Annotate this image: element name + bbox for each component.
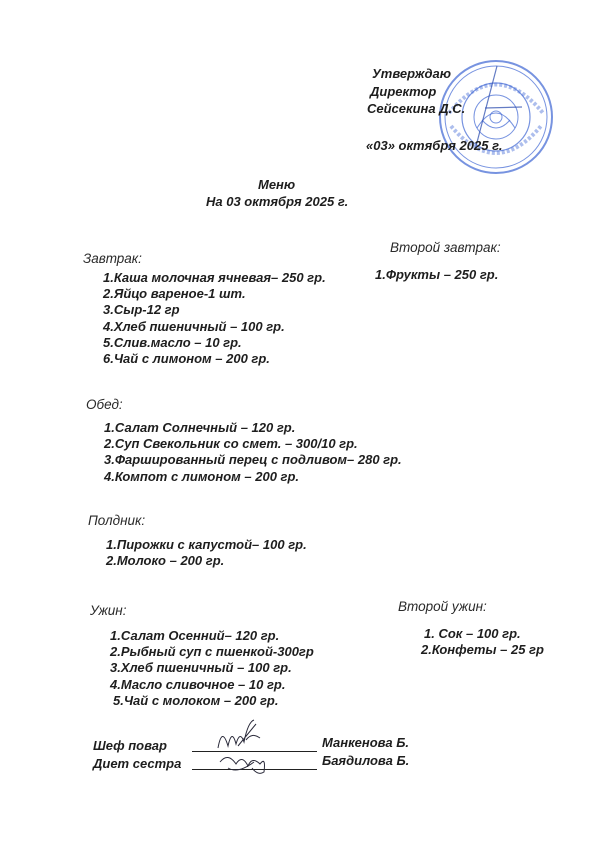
list-item: 3.Хлеб пшеничный – 100 гр. xyxy=(110,660,314,676)
signature-role-dietitian: Диет сестра xyxy=(93,756,181,771)
list-item: 5.Чай с молоком – 200 гр. xyxy=(110,693,314,709)
list-item: 6.Чай с лимоном – 200 гр. xyxy=(103,351,326,367)
breakfast-heading: Завтрак: xyxy=(83,251,142,266)
snack-list: 1.Пирожки с капустой– 100 гр. 2.Молоко –… xyxy=(106,537,307,569)
breakfast-list: 1.Каша молочная ячневая– 250 гр. 2.Яйцо … xyxy=(103,270,326,367)
list-item: 4.Хлеб пшеничный – 100 гр. xyxy=(103,319,326,335)
second-breakfast-list: 1.Фрукты – 250 гр. xyxy=(375,267,498,283)
approval-name: Сейсекина Д.С. xyxy=(367,101,465,116)
list-item: 2.Суп Свекольник со смет. – 300/10 гр. xyxy=(104,436,402,452)
official-stamp-icon xyxy=(437,58,555,176)
list-item: 1.Салат Солнечный – 120 гр. xyxy=(104,420,402,436)
signature-name-chef: Манкенова Б. xyxy=(322,735,409,750)
second-dinner-heading: Второй ужин: xyxy=(398,599,487,614)
handwritten-signature-icon xyxy=(208,718,278,780)
list-item: 4.Масло сливочное – 10 гр. xyxy=(110,677,314,693)
list-item: 2.Конфеты – 25 гр xyxy=(421,642,544,658)
list-item: 3.Фаршированный перец с подливом– 280 гр… xyxy=(104,452,402,468)
second-breakfast-heading: Второй завтрак: xyxy=(390,240,501,255)
list-item: 1. Сок – 100 гр. xyxy=(421,626,544,642)
list-item: 1.Салат Осенний– 120 гр. xyxy=(110,628,314,644)
snack-heading: Полдник: xyxy=(88,513,145,528)
list-item: 2.Рыбный суп с пшенкой-300гр xyxy=(110,644,314,660)
approval-position: Директор xyxy=(370,84,436,99)
list-item: 1.Пирожки с капустой– 100 гр. xyxy=(106,537,307,553)
dinner-heading: Ужин: xyxy=(90,603,126,618)
list-item: 1.Каша молочная ячневая– 250 гр. xyxy=(103,270,326,286)
list-item: 2.Молоко – 200 гр. xyxy=(106,553,307,569)
second-dinner-list: 1. Сок – 100 гр. 2.Конфеты – 25 гр xyxy=(421,626,544,658)
list-item: 2.Яйцо вареное-1 шт. xyxy=(103,286,326,302)
menu-date: На 03 октября 2025 г. xyxy=(206,194,348,209)
signature-role-chef: Шеф повар xyxy=(93,738,167,753)
lunch-heading: Обед: xyxy=(86,397,123,412)
signature-name-dietitian: Баядилова Б. xyxy=(322,753,409,768)
dinner-list: 1.Салат Осенний– 120 гр. 2.Рыбный суп с … xyxy=(110,628,314,709)
page-title: Меню xyxy=(258,177,295,192)
approval-label: Утверждаю xyxy=(372,66,451,81)
list-item: 3.Сыр-12 гр xyxy=(103,302,326,318)
list-item: 1.Фрукты – 250 гр. xyxy=(375,267,498,283)
lunch-list: 1.Салат Солнечный – 120 гр. 2.Суп Свекол… xyxy=(104,420,402,485)
approval-date: «03» октября 2025 г. xyxy=(366,138,502,153)
list-item: 4.Компот с лимоном – 200 гр. xyxy=(104,469,402,485)
list-item: 5.Слив.масло – 10 гр. xyxy=(103,335,326,351)
